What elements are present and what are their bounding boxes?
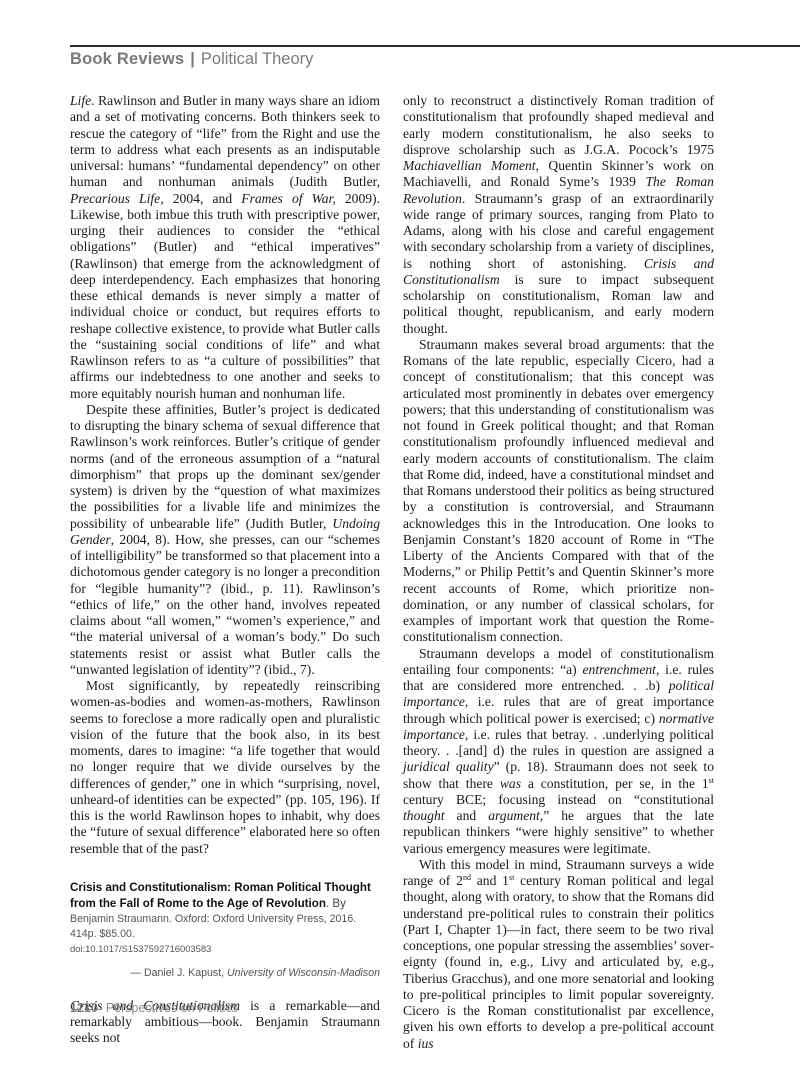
paragraph: Despite these affinities, Butler’s proje… (70, 402, 380, 678)
text: and 1 (471, 873, 509, 888)
book-title: Precarious Life, (70, 191, 164, 206)
text: . Rawlinson and Butler in many ways shar… (70, 93, 380, 189)
italic-text: argument (488, 808, 540, 823)
text: Despite these affinities, Butler’s proje… (70, 402, 380, 531)
reviewer-name: — Daniel J. Kapust, (130, 967, 227, 979)
paragraph: Straumann develops a model of constituti… (403, 646, 714, 857)
text: and (445, 808, 489, 823)
italic-text: was (500, 776, 521, 791)
paragraph: Straumann makes several broad arguments:… (403, 337, 714, 646)
italic-text: entrenchment (582, 662, 655, 677)
header-separator: | (190, 50, 195, 68)
left-column: Life. Rawlinson and Butler in many ways … (70, 93, 380, 1047)
page-footer: 1210Perspectives on Politics (70, 1001, 238, 1015)
italic-text: thought (403, 808, 445, 823)
review-publication-info: Benjamin Straumann. Oxford: Oxford Unive… (70, 912, 380, 942)
review-doi[interactable]: doi:10.1017/S1537592716003583 (70, 942, 380, 956)
italic-text: juridical quality (403, 759, 494, 774)
header-rule (70, 45, 800, 47)
text: century Roman political and legal though… (403, 873, 714, 1051)
paragraph: With this model in mind, Straumann surve… (403, 857, 714, 1052)
text: a consti­tution, per se, in the 1 (521, 776, 709, 791)
text: 2004, and (164, 191, 242, 206)
running-head: Book Reviews|Political Theory (70, 50, 313, 69)
italic-text: ius (418, 1036, 434, 1051)
text: only to reconstruct a distinctively Roma… (403, 93, 714, 157)
text: , 2004, 8). How, she presses, can our “s… (70, 532, 380, 677)
reviewer-affiliation: University of Wisconsin-Madison (227, 967, 380, 979)
journal-name: Perspectives on Politics (106, 1001, 238, 1015)
subsection-label: Political Theory (201, 50, 314, 68)
book-title: Machiavellian Moment (403, 158, 536, 173)
right-column: only to reconstruct a distinctively Roma… (403, 93, 714, 1052)
superscript: nd (463, 873, 471, 882)
reviewer-credit: — Daniel J. Kapust, University of Wiscon… (70, 966, 380, 980)
review-header: Crisis and Constitutionalism: Roman Poli… (70, 879, 380, 980)
paragraph: only to reconstruct a distinctively Roma… (403, 93, 714, 337)
text: century BCE; focusing instead on “consti… (403, 792, 714, 807)
review-by: . By (326, 897, 346, 910)
italic-text: Life (70, 93, 91, 108)
text: 2009). Likewise, both imbue this truth w… (70, 191, 380, 401)
page-number: 1210 (70, 1001, 98, 1015)
book-title: Frames of War, (241, 191, 335, 206)
section-label: Book Reviews (70, 50, 184, 68)
paragraph: Most significantly, by repeatedly reinsc… (70, 678, 380, 857)
paragraph: Life. Rawlinson and Butler in many ways … (70, 93, 380, 402)
superscript: st (709, 776, 714, 785)
